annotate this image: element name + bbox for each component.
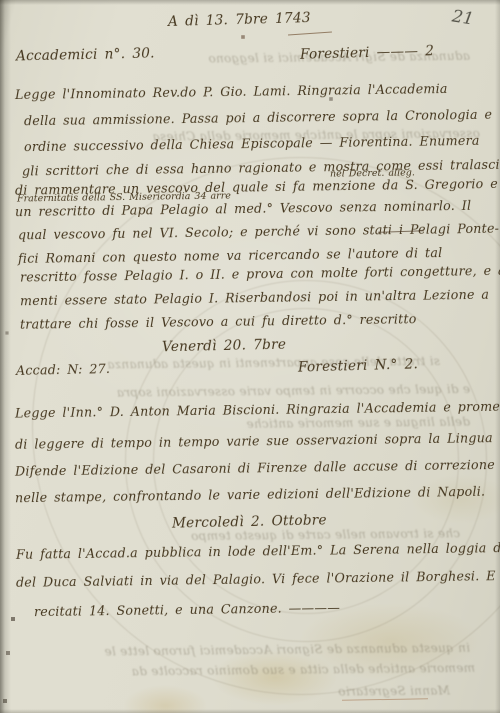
scan-edge <box>0 709 500 713</box>
attendance-academics: Accad: N: 27. <box>16 361 110 378</box>
scan-edge <box>0 0 11 713</box>
date-heading: Mercoledì 2. Ottobre <box>172 512 327 531</box>
date-underline <box>288 31 332 35</box>
page-number: 21 <box>451 6 476 29</box>
date-line: A dì 13. 7bre 1743 <box>168 10 311 30</box>
attendance-foreigners: Forestieri N.° 2. <box>298 356 419 375</box>
manuscript-line: della sua ammissione. Passa poi a discor… <box>24 107 492 129</box>
manuscript-line: ordine successivo della Chiesa Episcopal… <box>24 133 480 154</box>
superscript-insertion: nel Decret. alleg. <box>330 167 415 179</box>
attendance-academics: Accademici n°. 30. <box>16 46 155 65</box>
scan-edge <box>495 0 500 713</box>
manuscript-line: Legge l'Innominato Rev.do P. Gio. Lami. … <box>15 81 448 102</box>
show-through-underline <box>342 698 428 701</box>
scan-edge <box>0 0 500 5</box>
manuscript-scan: adunanza de Sigri Accademici si leggono … <box>0 0 500 713</box>
date-heading: Venerdì 20. 7bre <box>162 337 286 356</box>
